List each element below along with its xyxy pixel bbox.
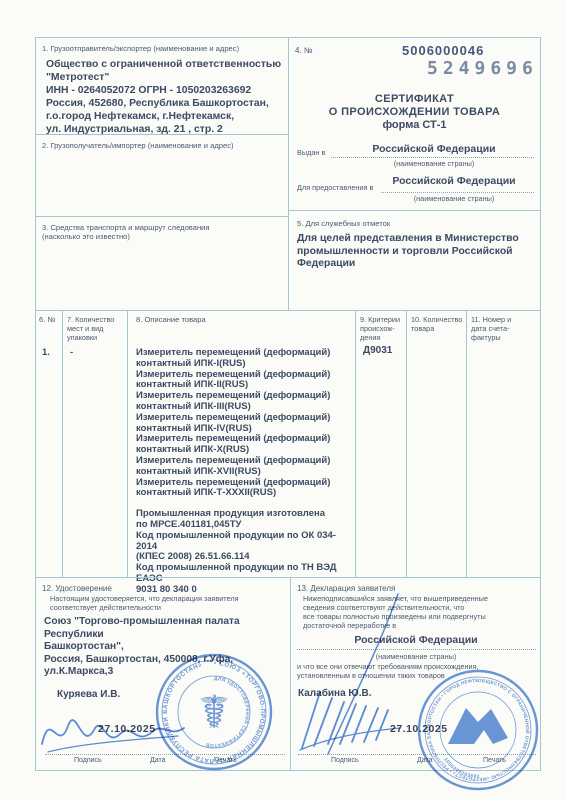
title-line: О ПРОИСХОЖДЕНИИ ТОВАРА [289, 106, 540, 119]
goods-item-line: контактный ИПК-Т-XXXII(RUS) [136, 488, 354, 499]
official-marks-label: 5. Для служебных отметок [297, 219, 390, 228]
col-invoice-header: 11. Номер и дата счета- фактуры [471, 315, 511, 343]
col-description-header: 8. Описание товара [136, 315, 206, 324]
origin-criteria-value: Д9031 [363, 345, 392, 356]
consignor-label: 1. Грузоотправитель/экспортер (наименова… [42, 44, 239, 53]
caduceus-icon: ☤ [199, 686, 230, 738]
number-label: 4. № [295, 46, 312, 55]
certificate-sheet: 1. Грузоотправитель/экспортер (наименова… [0, 0, 566, 800]
goods-item: Измеритель перемещений (деформаций)конта… [136, 434, 354, 456]
col-number-header: 6. № [39, 315, 56, 324]
registration-number: 5006000046 [402, 43, 484, 58]
goods-item: Измеритель перемещений (деформаций)конта… [136, 370, 354, 392]
transport-label: 3. Средства транспорта и маршрут следова… [42, 223, 210, 241]
production-note-line: Код промышленной продукции по ОК 034-201… [136, 531, 354, 553]
consignee-box: 2. Грузополучатель/импортер (наименовани… [35, 134, 289, 217]
col-number: 6. № 1. [35, 310, 63, 578]
certifier-name: Куряева И.В. [57, 689, 120, 700]
consignor-box: 1. Грузоотправитель/экспортер (наименова… [35, 37, 289, 135]
company-stamp: ОБЩЕСТВО С ОГРАНИЧЕННОЙ ОТВЕТСТВЕННОСТЬЮ… [416, 668, 540, 792]
col-quantity: 10. Количество товара [406, 310, 467, 578]
row-packages: - [70, 347, 73, 358]
blank-number: 5249696 [427, 58, 538, 79]
consignor-value: Общество с ограниченной ответственностью… [46, 58, 284, 137]
col-origin-criteria: 9. Критерии происхож- дения Д9031 [355, 310, 407, 578]
issued-in-label: Выдан в [297, 148, 325, 157]
submission-hint: (наименование страны) [369, 194, 539, 203]
issued-in-line [331, 157, 534, 158]
goods-item: Измеритель перемещений (деформаций)конта… [136, 456, 354, 478]
official-marks-text: Для целей представления в Министерство п… [297, 233, 535, 271]
submission-label: Для предоставления в [297, 183, 373, 192]
goods-item: Измеритель перемещений (деформаций)конта… [136, 413, 354, 435]
submission-value: Российской Федерации [369, 175, 539, 187]
certificate-number-box: 4. № 5006000046 5249696 СЕРТИФИКАТ О ПРО… [288, 37, 541, 211]
title-line: СЕРТИФИКАТ [289, 93, 540, 106]
consignor-line: Россия, 452680, Республика Башкортостан, [46, 97, 284, 110]
signature-caption: Подпись [331, 757, 359, 764]
col-quantity-header: 10. Количество товара [411, 315, 462, 333]
goods-item-line: контактный ИПК-I(RUS) [136, 359, 354, 370]
col-invoice: 11. Номер и дата счета- фактуры [466, 310, 541, 578]
row-number: 1. [42, 347, 50, 358]
col-origin-criteria-header: 9. Критерии происхож- дения [360, 315, 400, 343]
certification-sub: Настоящим удостоверяется, что декларация… [50, 594, 239, 612]
consignee-label: 2. Грузополучатель/импортер (наименовани… [42, 141, 234, 150]
goods-list: Измеритель перемещений (деформаций)конта… [136, 348, 354, 596]
consignor-line: "Метротест" [46, 71, 284, 84]
goods-item-line: Измеритель перемещений (деформаций) [136, 413, 354, 424]
official-marks-box: 5. Для служебных отметок Для целей предс… [288, 210, 541, 311]
title-line: форма СТ-1 [289, 119, 540, 132]
consignor-line: Общество с ограниченной ответственностью [46, 58, 284, 71]
col-packages-header: 7. Количество мест и вид упаковки [67, 315, 114, 343]
metrotest-logo [448, 708, 508, 744]
transport-box: 3. Средства транспорта и маршрут следова… [35, 216, 289, 311]
issued-in-value: Российской Федерации [349, 143, 519, 155]
consignor-line: ИНН - 0264052072 ОГРН - 1050203263692 [46, 84, 284, 97]
submission-line [381, 192, 534, 193]
goods-item: Измеритель перемещений (деформаций)конта… [136, 478, 354, 500]
declarant-pen-stroke [318, 590, 402, 758]
goods-item: Измеритель перемещений (деформаций)конта… [136, 391, 354, 413]
consignor-line: г.о.город Нефтекамск, г.Нефтекамск, [46, 110, 284, 123]
goods-item: Измеритель перемещений (деформаций)конта… [136, 348, 354, 370]
certificate-title: СЕРТИФИКАТ О ПРОИСХОЖДЕНИИ ТОВАРА форма … [289, 93, 540, 132]
col-packages: 7. Количество мест и вид упаковки - [62, 310, 128, 578]
goods-item-line: контактный ИПК-XVII(RUS) [136, 467, 354, 478]
issued-in-hint: (наименование страны) [349, 159, 519, 168]
certification-label: 12. Удостоверение [42, 584, 112, 593]
col-description: 8. Описание товара Измеритель перемещени… [127, 310, 356, 578]
chamber-stamp: • СОЮЗ «ТОРГОВО-ПРОМЫШЛЕННАЯ ПАЛАТА РЕСП… [154, 652, 274, 772]
